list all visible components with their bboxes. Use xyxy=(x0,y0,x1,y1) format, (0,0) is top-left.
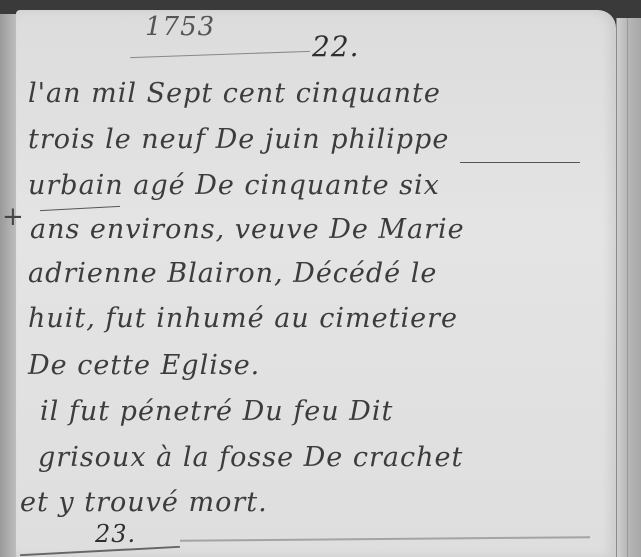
entry-line-1: l'an mil Sept cent cinquante xyxy=(28,78,441,109)
scanned-register-image: 1753 22. l'an mil Sept cent cinquante tr… xyxy=(0,0,641,557)
entry-line-4: ans environs, veuve De Marie xyxy=(30,214,465,245)
next-entry-number: 23. xyxy=(95,520,136,548)
margin-cross-mark: + xyxy=(2,202,25,232)
entry-line-5: adrienne Blairon, Décédé le xyxy=(28,258,437,289)
entry-line-6: huit, fut inhumé au cimetiere xyxy=(28,303,458,334)
entry-line-8: il fut pénetré Du feu Dit xyxy=(40,396,393,427)
entry-line-7: De cette Eglise. xyxy=(28,350,260,381)
entry-line-10: et y trouvé mort. xyxy=(20,487,268,518)
left-binding-strip xyxy=(0,14,16,557)
entry-line-9: grisoux à la fosse De crachet xyxy=(38,442,463,473)
entry-number: 22. xyxy=(312,30,360,63)
name-underline xyxy=(460,162,580,163)
page-edge-stack xyxy=(616,18,641,557)
entry-line-2: trois le neuf De juin philippe xyxy=(28,124,449,155)
year-heading: 1753 xyxy=(145,12,215,42)
entry-line-3: urbain agé De cinquante six xyxy=(28,170,440,201)
